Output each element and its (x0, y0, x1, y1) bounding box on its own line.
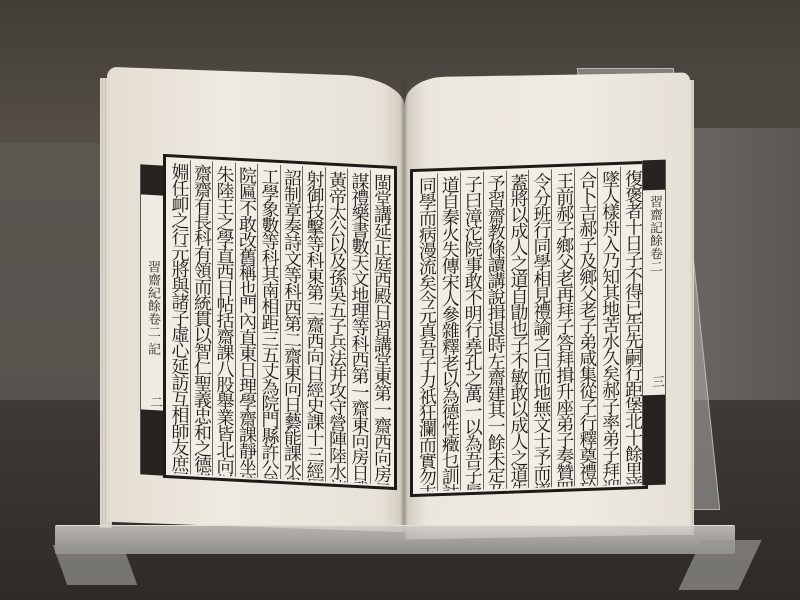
right-page-number: 三 (647, 375, 666, 389)
text-column: 射御技擊等科東第二齋西向日經史課十三經歷代史 (302, 166, 325, 481)
text-column: 王前郝子鄉父老再拜子答拜揖升座弟子奏贊四拜乃 (551, 168, 574, 487)
text-column: 齋齋有長科有領而統貫以智仁聖義忠和之德孝友睦 (190, 160, 213, 475)
text-column: 令分班行同學相見禮諭之曰而地無文士予而遂致子 (528, 169, 551, 488)
text-column: 謀禮樂書數天文地理等科西第一齋東向房日武備課 (347, 169, 370, 484)
book-gutter (400, 80, 408, 540)
left-banxin-title: 習齋紀餘卷二 記 (143, 260, 162, 356)
text-column: 復褒者十日子不得已告先嗣行距堡北十餘里漳水漲 (620, 166, 643, 485)
text-column: 婣任卹之行元將與諸子虛心延訪互相師友庶周孔之 (168, 159, 190, 474)
text-column: 予習齋教條讀講說揖退時左齋建其一餘未定乃進郝 (483, 171, 506, 490)
text-column: 院匾不敢改舊稱也門內直東日理學齋課靜坐編著程 (235, 163, 258, 478)
banxin-fishtail-bottom (643, 395, 665, 486)
right-page-banxin: 習齋記餘卷二 三 (642, 160, 666, 486)
text-column: 道自秦火失傳宋人參雜釋老以為德性癥乜訓詁以為 (437, 172, 460, 491)
text-column: 黃帝太公以及孫吳五子兵法并攻守營陣陸水諸戰法 (325, 167, 348, 482)
text-column: 朱陸王之學直西日帖括齋課八股舉業皆北向以上六 (212, 161, 235, 476)
text-column: 同學而病漫流矣今元真吾子力祇狂瀾而實勿支 (415, 173, 437, 492)
text-column: 詔制章奏詩文等科西第二齋東向日藝能課水學火學 (280, 165, 303, 480)
acrylic-stand-left-leg (53, 545, 138, 585)
left-page-banxin: 習齋紀餘卷二 記 二 (140, 164, 164, 475)
left-page-number: 二 (145, 395, 164, 409)
banxin-fishtail-top (643, 160, 665, 191)
right-page-text-block: 復褒者十日子不得已告先嗣行距堡北十餘里漳水漲 墜人樣舟入乃知其地苦水久矣郝子率弟… (410, 161, 648, 497)
left-page-text-block: 閩堂講延正庭西殿日習講堂東第一齋西向房日文事 謀禮樂書數天文地理等科西第一齋東向… (163, 154, 397, 490)
banxin-fishtail-bottom (141, 409, 163, 475)
right-banxin-title: 習齋記餘卷二 (645, 195, 664, 274)
text-column: 工學象數等科其南相距三五丈為院門縣許公漳南書 (257, 164, 280, 479)
text-column: 合卜吉郝子及鄉父老子弟咸集從子行釋奠禮於孔子 (574, 168, 597, 487)
text-column: 蓋將以成人之道自勖也子不敏敢以成人之道告乃出 (506, 170, 529, 489)
text-column: 閩堂講延正庭西殿日習講堂東第一齋西向房日文事 (370, 170, 393, 485)
banxin-fishtail-top (141, 164, 163, 195)
acrylic-stand-front-lip (55, 525, 735, 554)
text-column: 墜人樣舟入乃知其地苦水久矣郝子率弟子拜迎止其 (597, 167, 620, 486)
text-column: 子曰漳沱院事敢不明行堯孔之萬一以為吾子辱顧儒 (460, 172, 483, 491)
